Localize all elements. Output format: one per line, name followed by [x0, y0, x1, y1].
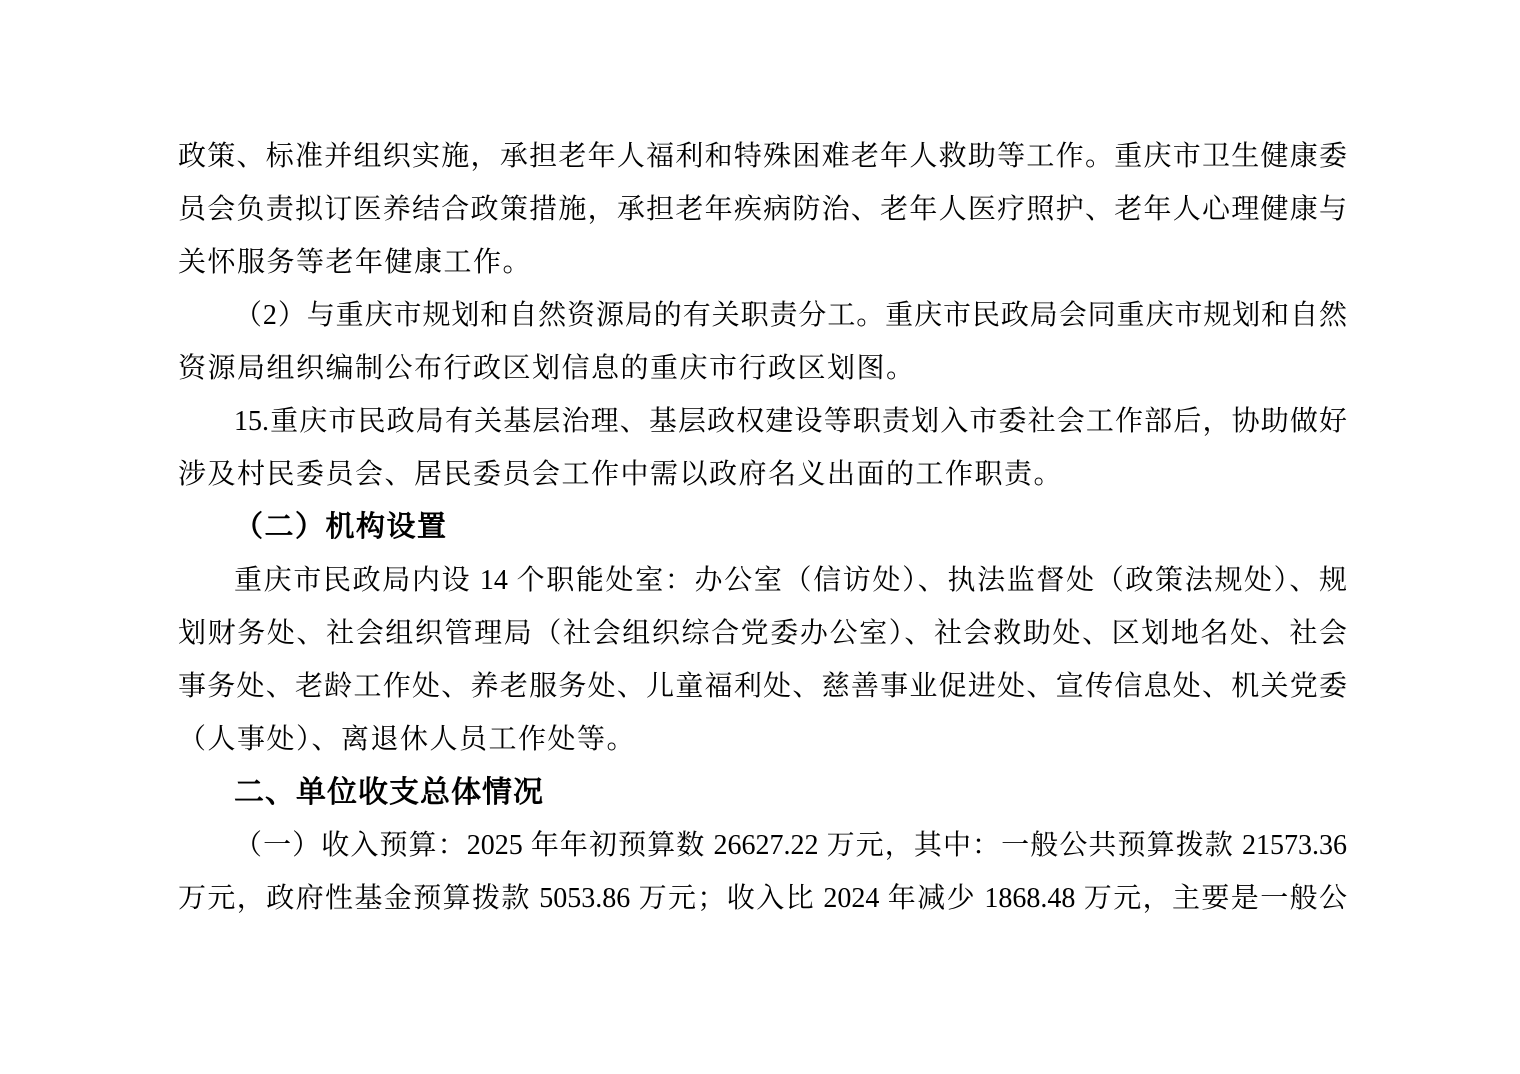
body-text-line: 15.重庆市民政局有关基层治理、基层政权建设等职责划入市委社会工作部后，协助做好: [178, 395, 1347, 448]
body-text-line: 关怀服务等老年健康工作。: [178, 236, 1347, 289]
body-text-line: 划财务处、社会组织管理局（社会组织综合党委办公室）、社会救助处、区划地名处、社会: [178, 607, 1347, 660]
body-text-line: 员会负责拟订医养结合政策措施，承担老年疾病防治、老年人医疗照护、老年人心理健康与: [178, 183, 1347, 236]
subsection-heading: （二）机构设置: [178, 501, 1347, 554]
body-text-line: 涉及村民委员会、居民委员会工作中需以政府名义出面的工作职责。: [178, 448, 1347, 501]
body-text-line: （人事处）、离退休人员工作处等。: [178, 713, 1347, 766]
body-text-line: （一）收入预算：2025 年年初预算数 26627.22 万元，其中：一般公共预…: [178, 819, 1347, 872]
body-text-line: 资源局组织编制公布行政区划信息的重庆市行政区划图。: [178, 342, 1347, 395]
document-body: 政策、标准并组织实施，承担老年人福利和特殊困难老年人救助等工作。重庆市卫生健康委…: [178, 130, 1347, 925]
body-text-line: 重庆市民政局内设 14 个职能处室：办公室（信访处）、执法监督处（政策法规处）、…: [178, 554, 1347, 607]
body-text-line: 事务处、老龄工作处、养老服务处、儿童福利处、慈善事业促进处、宣传信息处、机关党委: [178, 660, 1347, 713]
body-text-line: （2）与重庆市规划和自然资源局的有关职责分工。重庆市民政局会同重庆市规划和自然: [178, 289, 1347, 342]
body-text-line: 政策、标准并组织实施，承担老年人福利和特殊困难老年人救助等工作。重庆市卫生健康委: [178, 130, 1347, 183]
body-text-line: 万元，政府性基金预算拨款 5053.86 万元；收入比 2024 年减少 186…: [178, 872, 1347, 925]
document-page: 政策、标准并组织实施，承担老年人福利和特殊困难老年人救助等工作。重庆市卫生健康委…: [0, 0, 1520, 1074]
section-heading: 二、单位收支总体情况: [178, 766, 1347, 819]
